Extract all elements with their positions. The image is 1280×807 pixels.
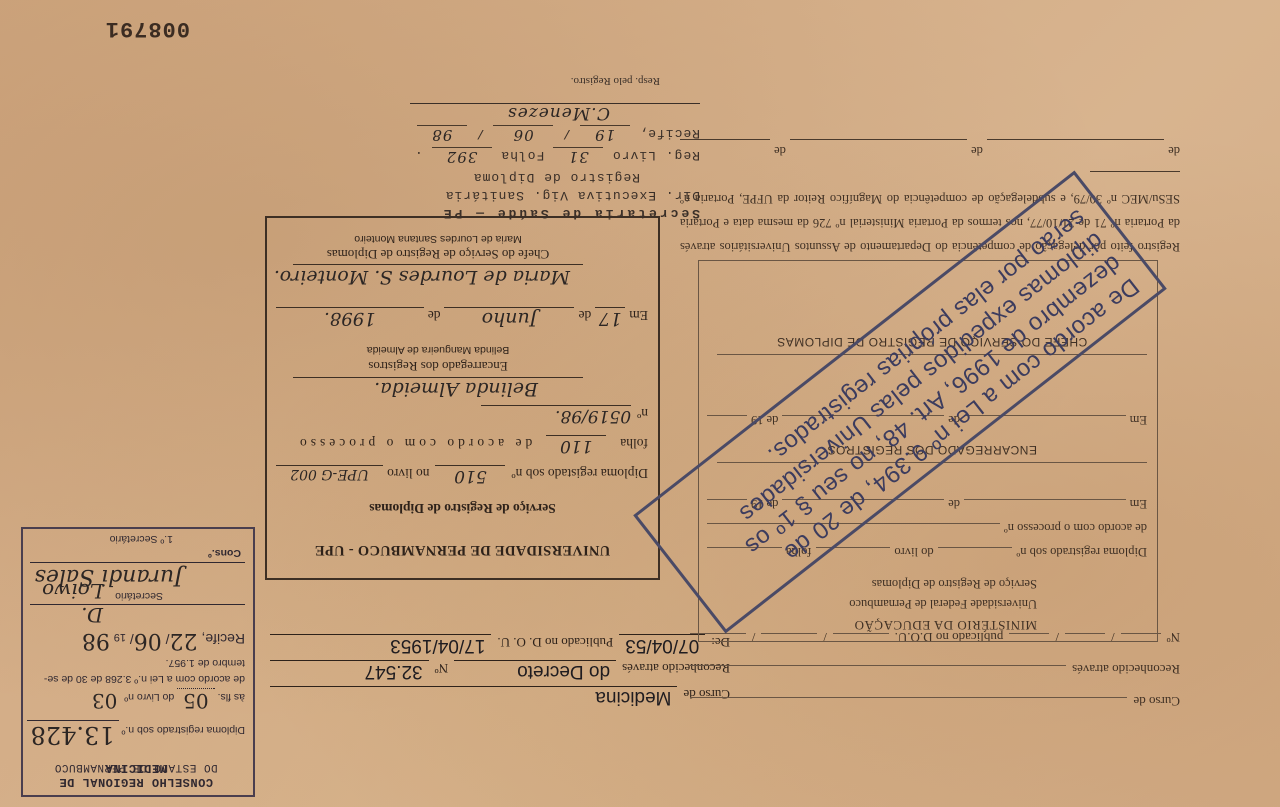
mec-registrado-label: Diploma registrado sob nº [1016, 544, 1147, 559]
em-day: 17 [595, 307, 625, 329]
dou-date: 17/04/1953 [270, 634, 491, 655]
crm-registrado-value: 13.428 [27, 720, 119, 749]
encarregado-name: Belinda Mangueira de Almeida [293, 344, 583, 356]
de-label-1: de [579, 307, 592, 323]
em-label: Em [629, 307, 648, 323]
mec-servico: Serviço de Registro de Diplomas [872, 576, 1037, 591]
mec-em-label-1: Em [1130, 496, 1147, 511]
upe-subtitle: Serviço de Registro de Diplomas [267, 500, 658, 516]
chefe-name: Maria de Lourdes Santana Monteiro [293, 233, 583, 245]
upe-registration-box: UNIVERSIDADE DE PERNAMBUCO - UPE Serviço… [265, 216, 660, 580]
crm-primeiro-secretario: 1.º Secretário [110, 533, 173, 545]
crm-stamp: CONSELHO REGIONAL DE MEDICINA DO ESTADO … [21, 527, 255, 797]
mec-acordo-label: de acordo com o processo nº [1004, 520, 1147, 535]
chefe-sign-line [293, 264, 583, 265]
mec-livro-label: do livro [894, 544, 933, 559]
processo-label: nº [637, 405, 648, 421]
crm-livro-value: 03 [88, 689, 121, 713]
crm-recife-label: Recife, [201, 631, 245, 647]
secretaria-line-1: Secretaria de Saúde — PE [410, 204, 700, 222]
reconhecido-value: do Decreto [454, 660, 616, 681]
reg-folha-label: Folha [500, 148, 544, 163]
crm-signature-2: Jurandi Sales [35, 564, 183, 589]
de-label-2: de [428, 307, 441, 323]
mec-curso-label: Curso de [1133, 693, 1180, 709]
crm-line-2: DO ESTADO DE PERNAMBUCO [25, 761, 247, 773]
secretaria-line-2: Dir. Executiva Vig. Sanitária [410, 186, 700, 204]
resp-label: Resp. pelo Registro. [571, 75, 660, 87]
crm-month: 06 [134, 628, 162, 653]
chefe-signature: Maria de Lourdes S. Monteiro. [274, 266, 570, 288]
acordo-text: de acordo com o processo [276, 435, 532, 451]
crm-lei-text-2: tembro de 1.957. [166, 657, 245, 669]
crm-fls-value: 05 [177, 688, 214, 713]
mec-de-label-1: de [948, 496, 960, 511]
reg-month: 06 [493, 125, 553, 144]
crm-secretario-label: Secretário [115, 590, 163, 602]
em-year: 1998. [276, 307, 424, 329]
crm-fls-label: às fls. [218, 691, 245, 703]
crm-lei-text-1: de acordo com a Lei n.º 3.268 de 30 de s… [44, 673, 245, 685]
chefe-title: Chefe do Serviço de Registro de Diplomas [293, 246, 583, 262]
reg-folha-value: 392 [432, 147, 492, 166]
mec-last-de-3: de [774, 139, 786, 163]
diploma-back-page: 008791 Curso de Medicina Reconhecido atr… [0, 0, 1280, 807]
mec-univ: Universidade Federal de Pernambuco [849, 596, 1037, 611]
crm-year: 98 [82, 628, 110, 653]
mec-last-de-1: de [1168, 139, 1180, 163]
mec-reconhecido-label: Reconhecido através [1072, 661, 1180, 677]
encarregado-sign-line [293, 377, 583, 378]
crm-year-prefix: 19 [114, 631, 126, 643]
crm-cons-line [30, 562, 245, 563]
decreto-number: 32.547 [270, 660, 429, 681]
livro-label: no livro [387, 465, 429, 481]
numero-label: Nº [435, 660, 448, 676]
registrado-label: Diploma registado sob nº [511, 465, 648, 481]
secretaria-line-3: Registro de Diploma [410, 168, 700, 186]
upe-title: UNIVERSIDADE DE PERNAMBUCO - UPE [267, 541, 658, 558]
crm-livro-label: do Livro nº [124, 691, 174, 703]
secretaria-saude-registration: Secretaria de Saúde — PE Dir. Executiva … [410, 103, 700, 222]
crm-registrado-label: Diploma registrado sob n.º [122, 724, 245, 736]
serial-number: 008791 [105, 16, 190, 41]
publicado-label: Publicado no D. O. U. [497, 634, 613, 650]
crm-cons-label: Cons.º [208, 547, 241, 559]
registrado-number: 510 [435, 465, 505, 486]
encarregado-title: Encarregado dos Registros [293, 358, 583, 374]
processo-value: 0519/98. [481, 405, 631, 426]
reg-day: 19 [580, 125, 630, 144]
folha-value: 110 [546, 435, 606, 456]
mec-last-de-2: de [971, 139, 983, 163]
curso-value: Medicina [270, 686, 677, 707]
mec-numero-label: Nº [1167, 629, 1180, 645]
crm-day: 22 [170, 628, 198, 653]
mec-em-label-2: Em [1130, 412, 1147, 427]
resp-signature: C.Menezes [410, 104, 700, 122]
encarregado-signature: Belinda Almeida. [374, 378, 538, 400]
mec-box-title: MINISTÉRIO DA EDUCAÇÃO [854, 617, 1037, 633]
em-month: Junho [445, 307, 575, 330]
crm-secretario-line [30, 604, 245, 605]
reg-year: 98 [417, 125, 467, 144]
folha-label: folha [620, 435, 648, 451]
reg-livro-value: 31 [553, 147, 603, 166]
livro-value: UPE-G 002 [276, 465, 383, 482]
